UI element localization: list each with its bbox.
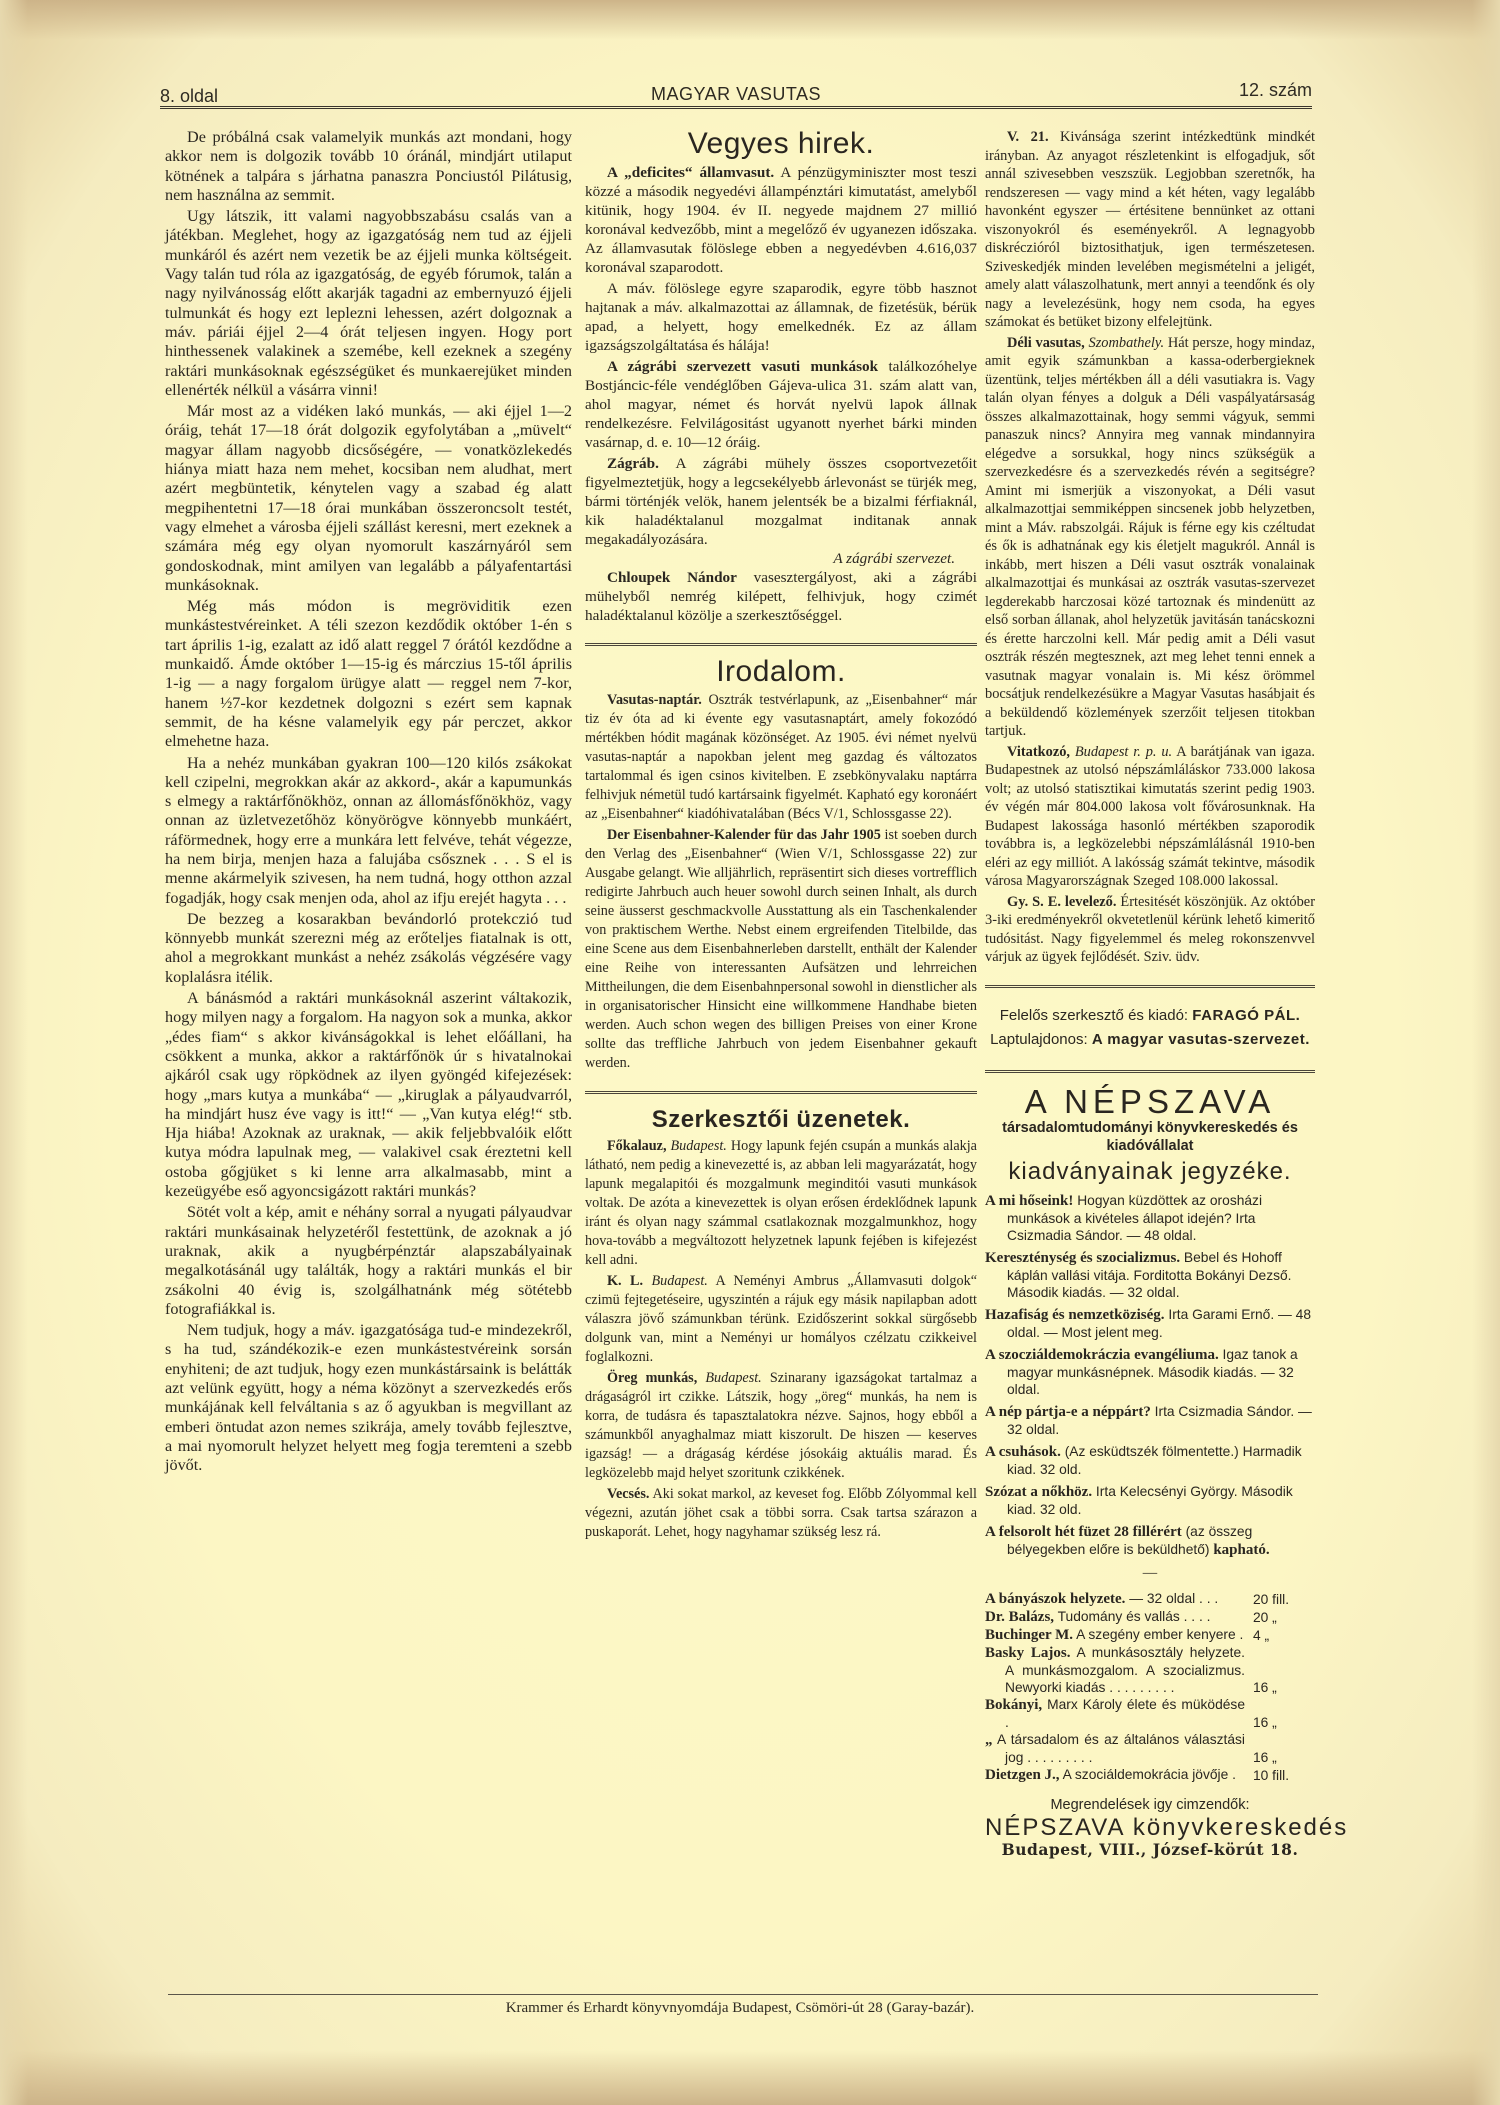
article-paragraph: Nem tudjuk, hogy a máv. igazgatósága tud… xyxy=(165,1321,572,1475)
article-paragraph: De próbálná csak valamelyik munkás azt m… xyxy=(165,128,572,205)
newspaper-title: MAGYAR VASUTAS xyxy=(160,84,1312,105)
printer-footer: Krammer és Erhardt könyvnyomdája Budapes… xyxy=(160,2000,1320,2017)
section-divider xyxy=(985,985,1315,988)
article-column-right: V. 21. Kivánsága szerint intézkedtünk mi… xyxy=(985,128,1315,1860)
price: 16 „ xyxy=(1245,1714,1315,1731)
book-item: A nép pártja-e a néppárt? Irta Csizmadia… xyxy=(985,1403,1315,1438)
article-paragraph: Már most az a vidéken lakó munkás, — aki… xyxy=(165,402,572,595)
editor-message: Déli vasutas, Szombathely. Hát persze, h… xyxy=(985,334,1315,741)
book-item: Kereszténység és szocializmus. Bebel és … xyxy=(985,1249,1315,1301)
price-row: Dr. Balázs, Tudomány és vallás . . . .20… xyxy=(985,1608,1315,1626)
book-item: A csuhások. (Az esküdtszék fölmentette.)… xyxy=(985,1443,1315,1478)
paper-edge-top xyxy=(0,0,1500,40)
price-row: Buchinger M. A szegény ember kenyere .4 … xyxy=(985,1626,1315,1644)
editor-message: Vitatkozó, Budapest r. p. u. A barátjána… xyxy=(985,743,1315,891)
section-divider xyxy=(985,1070,1315,1073)
news-item: A máv. fölöslege egyre szaparodik, egyre… xyxy=(585,279,977,355)
section-title-szerkesztoi: Szerkesztői üzenetek. xyxy=(585,1110,977,1129)
ad-title: A NÉPSZAVA xyxy=(985,1093,1315,1112)
price: 20 „ xyxy=(1245,1609,1315,1626)
price: 16 „ xyxy=(1245,1749,1315,1766)
news-item-lead: Chloupek Nándor xyxy=(607,569,737,586)
editor-message: Főkalauz, Budapest. Hogy lapunk fején cs… xyxy=(585,1137,977,1270)
editor-message: V. 21. Kivánsága szerint intézkedtünk mi… xyxy=(985,128,1315,332)
news-item-lead: A zágrábi szervezett vasuti munkások xyxy=(607,358,878,375)
paper-edge-right xyxy=(1472,0,1500,2105)
price-row: Basky Lajos. A munkásosztály helyzete. A… xyxy=(985,1644,1315,1696)
article-paragraph: Ugy látszik, itt valami nagyobbszabásu c… xyxy=(165,207,572,400)
price: 16 „ xyxy=(1245,1679,1315,1696)
newspaper-page: 8. oldal MAGYAR VASUTAS 12. szám De prób… xyxy=(0,0,1500,2105)
price-row: Dietzgen J., A szociáldemokrácia jövője … xyxy=(985,1766,1315,1784)
order-name: NÉPSZAVA könyvkereskedés xyxy=(985,1819,1315,1838)
paper-edge-bottom xyxy=(0,2050,1500,2105)
price: 20 fill. xyxy=(1245,1591,1315,1608)
book-item: A szocziáldemokráczia evangéliuma. Igaz … xyxy=(985,1346,1315,1398)
section-title-vegyes-hirek: Vegyes hirek. xyxy=(585,134,977,153)
order-label: Megrendelések igy cimzendők: xyxy=(985,1796,1315,1815)
literature-item: Vasutas-naptár. Osztrák testvérlapunk, a… xyxy=(585,691,977,824)
news-item: A „deficites“ államvasut. A pénzügyminis… xyxy=(585,163,977,277)
issue-number: 12. szám xyxy=(1239,80,1312,101)
news-item-lead: A „deficites“ államvasut. xyxy=(607,164,774,181)
article-column-middle: Vegyes hirek. A „deficites“ államvasut. … xyxy=(585,128,977,1542)
literature-item-lead: Vasutas-naptár. xyxy=(607,692,702,708)
nepszava-advertisement: A NÉPSZAVA társadalomtudományi könyvkere… xyxy=(985,1093,1315,1860)
book-item: Hazafiság és nemzetköziség. Irta Garami … xyxy=(985,1306,1315,1341)
price: 4 „ xyxy=(1245,1627,1315,1644)
article-paragraph: A bánásmód a raktári munkásoknál aszerin… xyxy=(165,989,572,1201)
price: 10 fill. xyxy=(1245,1767,1315,1784)
article-paragraph: Még más módon is megröviditik ezen munká… xyxy=(165,597,572,751)
owner-name: A magyar vasutas-szervezet. xyxy=(1092,1031,1310,1048)
editor-message: Öreg munkás, Budapest. Szinarany igazság… xyxy=(585,1369,977,1483)
literature-item: Der Eisenbahner-Kalender für das Jahr 19… xyxy=(585,826,977,1073)
book-item: A mi hőseink! Hogyan küzdöttek az oroshá… xyxy=(985,1192,1315,1244)
price-row: Bokányi, Marx Károly élete és müködése .… xyxy=(985,1696,1315,1731)
article-paragraph: Ha a nehéz munkában gyakran 100—120 kiló… xyxy=(165,754,572,908)
price-row: „ A társadalom és az általános választás… xyxy=(985,1731,1315,1766)
separator-dash: — xyxy=(985,1564,1315,1583)
book-item: Szózat a nőkhöz. Irta Kelecsényi György.… xyxy=(985,1483,1315,1518)
price-row: A bányászok helyzete. — 32 oldal . . .20… xyxy=(985,1590,1315,1608)
ad-list-title: kiadványainak jegyzéke. xyxy=(985,1163,1315,1182)
news-item-lead: Zágráb. xyxy=(607,455,659,472)
header-rule xyxy=(160,106,1312,109)
news-item: Chloupek Nándor vasesztergályost, aki a … xyxy=(585,568,977,625)
footer-rule xyxy=(168,1994,1318,1995)
signature: A zágrábi szervezet. xyxy=(585,549,977,568)
paper-edge-left xyxy=(0,0,28,2105)
article-column-left: De próbálná csak valamelyik munkás azt m… xyxy=(165,128,572,1475)
editor-message: Vecsés. Aki sokat markol, az keveset fog… xyxy=(585,1485,977,1542)
offer-line: A felsorolt hét füzet 28 fillérért (az ö… xyxy=(985,1523,1315,1559)
order-address: Budapest, VIII., József-körút 18. xyxy=(985,1841,1315,1860)
ad-subtitle: társadalomtudományi könyvkereskedés és k… xyxy=(985,1119,1315,1155)
editor-name: FARAGÓ PÁL. xyxy=(1192,1007,1300,1024)
news-item: Zágráb. A zágrábi mühely összes csoportv… xyxy=(585,454,977,549)
section-divider xyxy=(585,1091,977,1094)
section-title-irodalom: Irodalom. xyxy=(585,662,977,681)
news-item: A zágrábi szervezett vasuti munkások tal… xyxy=(585,357,977,452)
article-paragraph: Sötét volt a kép, amit e néhány sorral a… xyxy=(165,1203,572,1319)
editor-message: K. L. Budapest. A Neményi Ambrus „Államv… xyxy=(585,1272,977,1367)
imprint: Felelős szerkesztő és kiadó: FARAGÓ PÁL.… xyxy=(985,1004,1315,1052)
literature-item-lead: Der Eisenbahner-Kalender für das Jahr 19… xyxy=(607,827,881,843)
article-paragraph: De bezzeg a kosarakban bevándorló protek… xyxy=(165,910,572,987)
editor-message: Gy. S. E. levelező. Értesitését köszönjü… xyxy=(985,893,1315,967)
section-divider xyxy=(585,643,977,646)
